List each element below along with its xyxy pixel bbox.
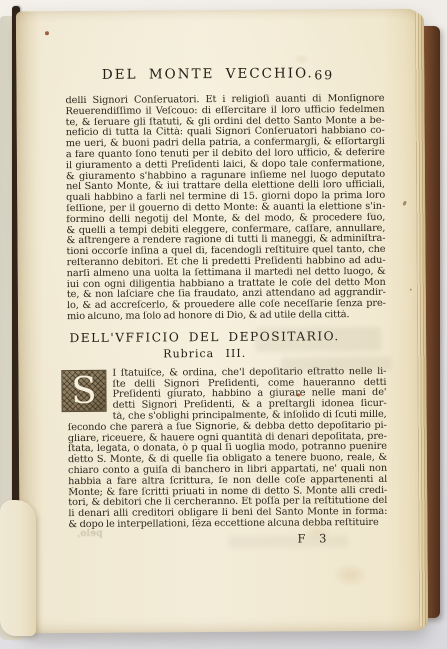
- text-line: & dopo le interpellationi, ſẽza eccettio…: [68, 518, 387, 531]
- paragraph-1: delli Signori Conſeruatori. Et i religio…: [65, 94, 386, 323]
- ink-show-through: pelo,: [76, 528, 102, 539]
- text-block: DEL MONTE VECCHIO. 69 delli Signori Conſ…: [65, 65, 387, 547]
- show-through-smudge: [281, 357, 391, 372]
- book-page: DEL MONTE VECCHIO. 69 delli Signori Conſ…: [16, 9, 428, 634]
- ink-speck: [410, 289, 412, 291]
- page-number: 69: [314, 67, 334, 82]
- show-through-smudge: [255, 327, 381, 352]
- show-through-smudge: [229, 535, 349, 548]
- paragraph-2: S I ſtatuiſce, & ordina, che'l depoſitar…: [67, 367, 387, 531]
- running-head-title: DEL MONTE VECCHIO.: [102, 65, 314, 82]
- wormhole-spot: [45, 31, 49, 35]
- decorated-initial-S: S: [61, 370, 106, 412]
- text-line: mio alcuno, ma ſolo ad honore di Dio, & …: [67, 310, 386, 323]
- curled-page-corner: [0, 500, 36, 636]
- book-photo: DEL MONTE VECCHIO. 69 delli Signori Conſ…: [0, 0, 447, 649]
- running-head: DEL MONTE VECCHIO. 69: [65, 65, 384, 86]
- ink-speck: [402, 200, 407, 206]
